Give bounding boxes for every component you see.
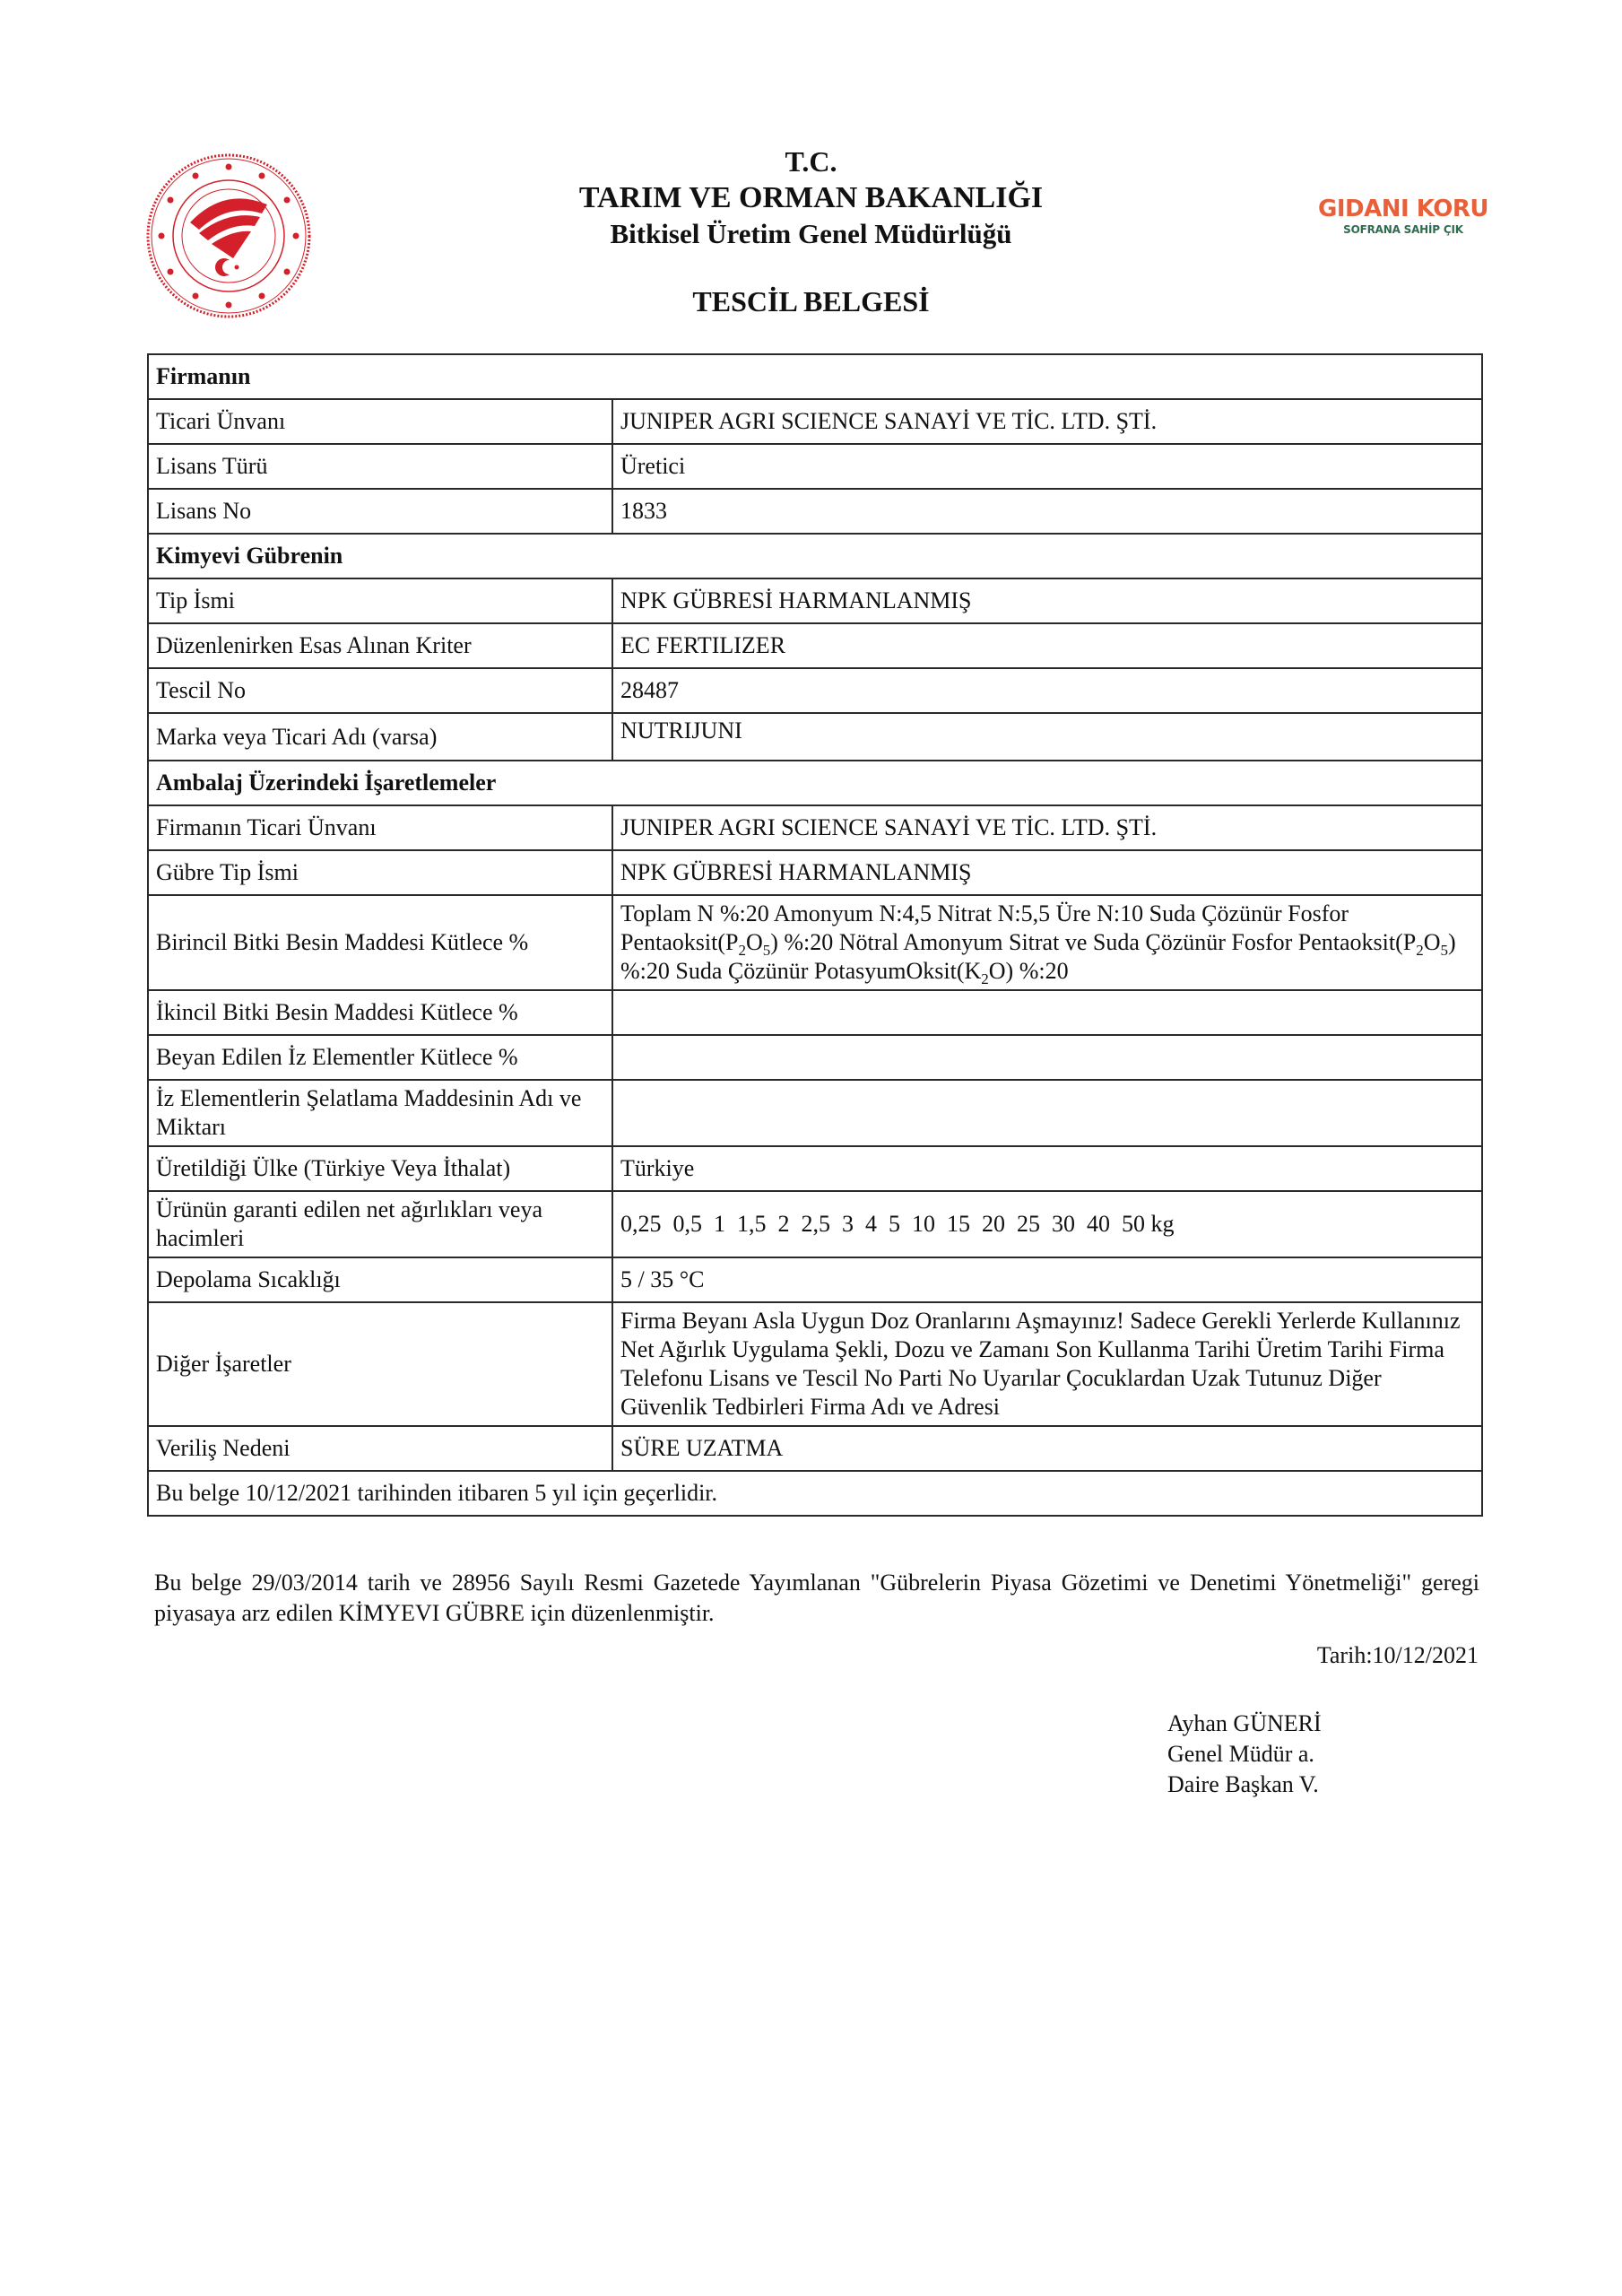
table-row: Üretildiği Ülke (Türkiye Veya İthalat) T…	[148, 1146, 1482, 1191]
primary-nutrients-value: Toplam N %:20 Amonyum N:4,5 Nitrat N:5,5…	[612, 895, 1482, 990]
signatory-title: Genel Müdür a.	[1167, 1739, 1322, 1770]
header-ministry: TARIM VE ORMAN BAKANLIĞI	[0, 181, 1622, 215]
validity-text: Bu belge 10/12/2021 tarihinden itibaren …	[148, 1471, 1482, 1516]
row-label: Lisans No	[148, 489, 612, 534]
row-label: Veriliş Nedeni	[148, 1426, 612, 1471]
legal-note: Bu belge 29/03/2014 tarih ve 28956 Sayıl…	[154, 1568, 1479, 1629]
table-row: Düzenlenirken Esas Alınan Kriter EC FERT…	[148, 623, 1482, 668]
table-row: Ürünün garanti edilen net ağırlıkları ve…	[148, 1191, 1482, 1257]
section-firm: Firmanın	[148, 354, 1482, 399]
row-value: NPK GÜBRESİ HARMANLANMIŞ	[612, 850, 1482, 895]
header-directorate: Bitkisel Üretim Genel Müdürlüğü	[0, 218, 1622, 250]
row-value: JUNIPER AGRI SCIENCE SANAYİ VE TİC. LTD.…	[612, 399, 1482, 444]
table-row: Tescil No 28487	[148, 668, 1482, 713]
row-value: SÜRE UZATMA	[612, 1426, 1482, 1471]
table-row: Tip İsmi NPK GÜBRESİ HARMANLANMIŞ	[148, 578, 1482, 623]
row-value	[612, 1080, 1482, 1146]
section-row: Ambalaj Üzerindeki İşaretlemeler	[148, 761, 1482, 805]
table-row: Veriliş Nedeni SÜRE UZATMA	[148, 1426, 1482, 1471]
table-row: Lisans Türü Üretici	[148, 444, 1482, 489]
table-row: Firmanın Ticari Ünvanı JUNIPER AGRI SCIE…	[148, 805, 1482, 850]
row-value	[612, 990, 1482, 1035]
row-value: NPK GÜBRESİ HARMANLANMIŞ	[612, 578, 1482, 623]
row-value: 1833	[612, 489, 1482, 534]
row-label: Gübre Tip İsmi	[148, 850, 612, 895]
row-label: Tip İsmi	[148, 578, 612, 623]
table-row: Diğer İşaretler Firma Beyanı Asla Uygun …	[148, 1302, 1482, 1426]
document-title: TESCİL BELGESİ	[0, 285, 1622, 317]
row-value: JUNIPER AGRI SCIENCE SANAYİ VE TİC. LTD.…	[612, 805, 1482, 850]
table-row: İz Elementlerin Şelatlama Maddesinin Adı…	[148, 1080, 1482, 1146]
table-row: Depolama Sıcaklığı 5 / 35 °C	[148, 1257, 1482, 1302]
row-label: İkincil Bitki Besin Maddesi Kütlece %	[148, 990, 612, 1035]
row-label: Tescil No	[148, 668, 612, 713]
row-label: Ürünün garanti edilen net ağırlıkları ve…	[148, 1191, 612, 1257]
issue-date: Tarih:10/12/2021	[1317, 1641, 1479, 1670]
signatory-title: Daire Başkan V.	[1167, 1770, 1322, 1800]
row-label: Ticari Ünvanı	[148, 399, 612, 444]
row-label: Birincil Bitki Besin Maddesi Kütlece %	[148, 895, 612, 990]
section-row: Kimyevi Gübrenin	[148, 534, 1482, 578]
row-label: Marka veya Ticari Adı (varsa)	[148, 713, 612, 761]
row-label: Firmanın Ticari Ünvanı	[148, 805, 612, 850]
row-label: Depolama Sıcaklığı	[148, 1257, 612, 1302]
row-value: 28487	[612, 668, 1482, 713]
registration-table: Firmanın Ticari Ünvanı JUNIPER AGRI SCIE…	[147, 353, 1483, 1517]
row-label: Lisans Türü	[148, 444, 612, 489]
row-value: NUTRIJUNI	[612, 713, 1482, 761]
table-row: Marka veya Ticari Adı (varsa) NUTRIJUNI	[148, 713, 1482, 761]
table-row: Beyan Edilen İz Elementler Kütlece %	[148, 1035, 1482, 1080]
table-row: Lisans No 1833	[148, 489, 1482, 534]
row-label: Üretildiği Ülke (Türkiye Veya İthalat)	[148, 1146, 612, 1191]
row-value: EC FERTILIZER	[612, 623, 1482, 668]
row-label: Beyan Edilen İz Elementler Kütlece %	[148, 1035, 612, 1080]
table-row: Ticari Ünvanı JUNIPER AGRI SCIENCE SANAY…	[148, 399, 1482, 444]
section-row: Firmanın	[148, 354, 1482, 399]
section-fertilizer: Kimyevi Gübrenin	[148, 534, 1482, 578]
row-label: Diğer İşaretler	[148, 1302, 612, 1426]
signature-block: Ayhan GÜNERİ Genel Müdür a. Daire Başkan…	[1167, 1709, 1322, 1800]
table-row: Gübre Tip İsmi NPK GÜBRESİ HARMANLANMIŞ	[148, 850, 1482, 895]
row-value	[612, 1035, 1482, 1080]
section-packaging: Ambalaj Üzerindeki İşaretlemeler	[148, 761, 1482, 805]
validity-row: Bu belge 10/12/2021 tarihinden itibaren …	[148, 1471, 1482, 1516]
row-label: Düzenlenirken Esas Alınan Kriter	[148, 623, 612, 668]
row-label: İz Elementlerin Şelatlama Maddesinin Adı…	[148, 1080, 612, 1146]
row-value: Üretici	[612, 444, 1482, 489]
row-value: Türkiye	[612, 1146, 1482, 1191]
signatory-name: Ayhan GÜNERİ	[1167, 1709, 1322, 1739]
row-value: Firma Beyanı Asla Uygun Doz Oranlarını A…	[612, 1302, 1482, 1426]
table-row: İkincil Bitki Besin Maddesi Kütlece %	[148, 990, 1482, 1035]
row-value: 0,25 0,5 1 1,5 2 2,5 3 4 5 10 15 20 25 3…	[612, 1191, 1482, 1257]
row-value: 5 / 35 °C	[612, 1257, 1482, 1302]
header-tc: T.C.	[0, 145, 1622, 178]
table-row: Birincil Bitki Besin Maddesi Kütlece % T…	[148, 895, 1482, 990]
